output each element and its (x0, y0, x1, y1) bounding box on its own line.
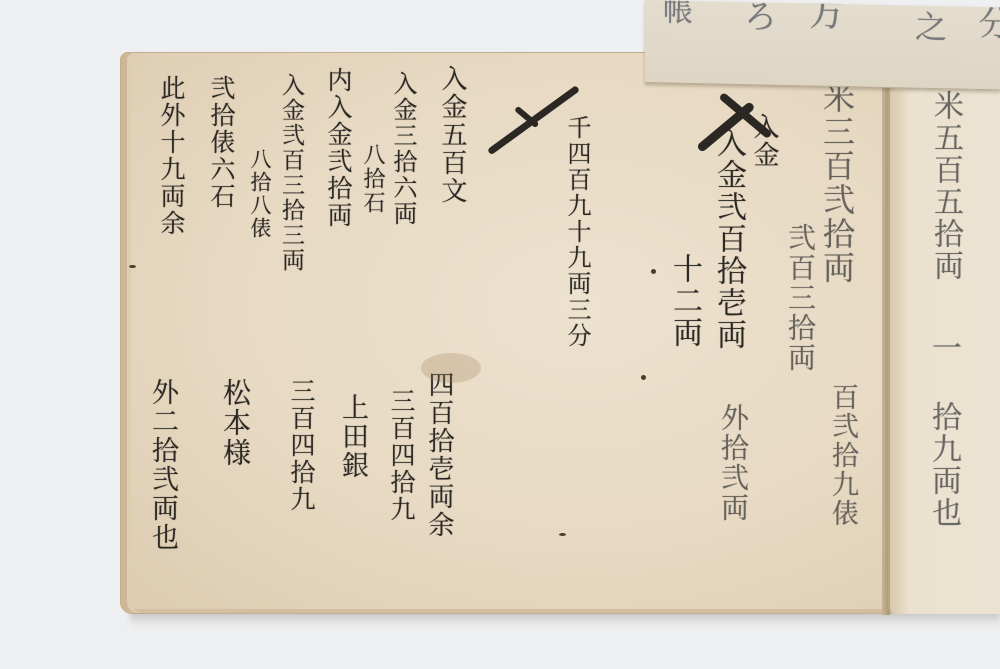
entry-column: 入金弐百三拾三両 (279, 73, 302, 273)
entry-column: 三百四拾九 (389, 388, 414, 523)
entry-column: 米三百弐拾両 (821, 81, 853, 285)
entry-column: 弐百三拾両 (786, 223, 814, 373)
entry-column: 入金 (751, 113, 777, 169)
entry-column: 八拾八俵 (249, 148, 270, 240)
paper-slip: 帳 ろ 方 之 分 (645, 0, 1000, 90)
entry-column: 松本様 (221, 378, 249, 468)
paper-hole (129, 265, 136, 268)
entry-column: 入金三拾六両 (391, 71, 415, 227)
entry-column: 米五百五拾両 (930, 90, 960, 282)
total-column: 千四百九十九両三分 (565, 115, 589, 349)
entry-column: 一 拾九両也 (928, 332, 958, 529)
paper-hole (651, 269, 656, 274)
entry-column: 弐拾俵六石 (209, 75, 234, 210)
paper-hole (559, 533, 566, 536)
paper-hole (641, 375, 646, 380)
left-page: 入金五百文 入金三拾六両 八拾石 内入金弐拾両 入金弐百三拾三両 八拾八俵 弐拾… (120, 52, 890, 614)
slip-column: 方 (805, 0, 841, 32)
entry-column: 入金五百文 (439, 65, 465, 205)
entry-column: 百弐拾九俵 (829, 383, 856, 528)
entry-column: 入金弐百拾壱両 (713, 127, 743, 351)
entry-column: 上田銀 (339, 393, 366, 480)
slip-column: 分 (975, 5, 1000, 42)
entry-column: 十二両 (669, 253, 699, 349)
right-page: 米五百五拾両 一 拾九両也 (888, 82, 1000, 614)
paper-stain (421, 353, 481, 383)
entry-column: 内入金弐拾両 (326, 67, 351, 229)
slip-column: 帳 (659, 0, 689, 27)
slip-column: ろ (740, 0, 774, 35)
entry-column: 此外十九両余 (159, 75, 184, 237)
entry-column: 外拾弐両 (719, 403, 747, 523)
entry-column: 四百拾壱両余 (426, 371, 452, 539)
entry-column: 外二拾弐両也 (149, 378, 176, 552)
entry-column: 三百四拾九 (289, 378, 314, 513)
slip-column: 之 (913, 10, 945, 45)
entry-column: 八拾石 (361, 143, 383, 215)
